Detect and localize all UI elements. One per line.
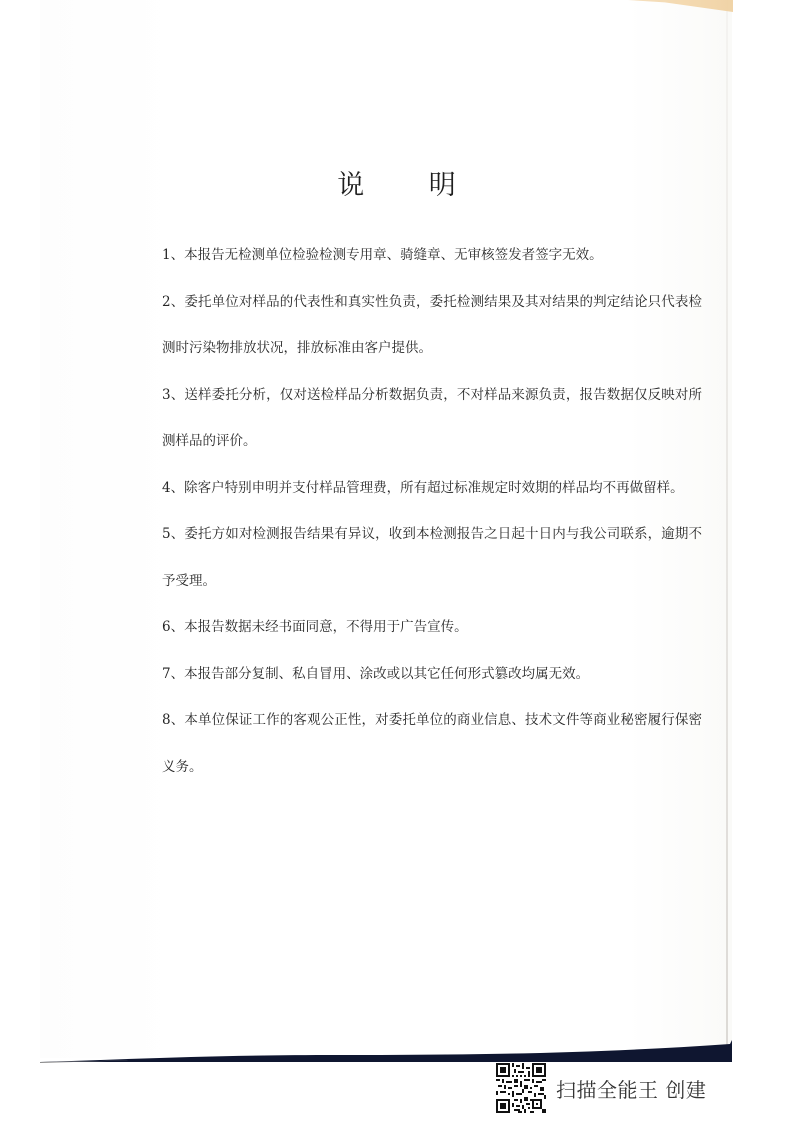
scanned-page: 说 明 1、本报告无检测单位检验检测专用章、骑缝章、无审核签发者签字无效。 2、…: [0, 0, 793, 1122]
scanner-watermark: 扫描全能王 创建: [496, 1062, 706, 1114]
note-item: 2、委托单位对样品的代表性和真实性负责，委托检测结果及其对结果的判定结论只代表检…: [162, 279, 702, 372]
note-item: 4、除客户特别申明并支付样品管理费，所有超过标准规定时效期的样品均不再做留样。: [162, 465, 702, 512]
note-item: 5、委托方如对检测报告结果有异议，收到本检测报告之日起十日内与我公司联系，逾期不…: [162, 511, 702, 604]
watermark-text: 扫描全能王 创建: [556, 1074, 706, 1103]
page-title: 说 明: [0, 163, 793, 202]
note-item: 1、本报告无检测单位检验检测专用章、骑缝章、无审核签发者签字无效。: [162, 232, 702, 279]
paper-right-edge: [726, 0, 728, 1050]
note-item: 8、本单位保证工作的客观公正性，对委托单位的商业信息、技术文件等商业秘密履行保密…: [162, 697, 702, 790]
bottom-edge-shadow: [40, 1040, 732, 1064]
qr-code-icon: [496, 1063, 546, 1113]
note-item: 6、本报告数据未经书面同意，不得用于广告宣传。: [162, 604, 702, 651]
note-item: 3、送样委托分析，仅对送检样品分析数据负责，不对样品来源负责，报告数据仅反映对所…: [162, 372, 702, 465]
notes-list: 1、本报告无检测单位检验检测专用章、骑缝章、无审核签发者签字无效。 2、委托单位…: [162, 232, 702, 790]
note-item: 7、本报告部分复制、私自冒用、涂改或以其它任何形式篡改均属无效。: [162, 651, 702, 698]
